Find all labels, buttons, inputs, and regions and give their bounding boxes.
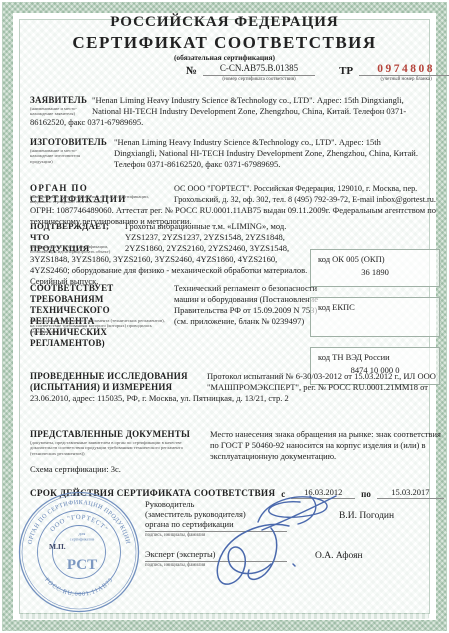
documents-label: ПРЕДСТАВЛЕННЫЕ ДОКУМЕНТЫ	[30, 429, 210, 440]
compliance-caption: (наименование технического регламента (т…	[30, 318, 168, 334]
section-applicant: ЗАЯВИТЕЛЬ (наименование и место- нахожде…	[30, 95, 418, 128]
section-research: ПРОВЕДЕННЫЕ ИССЛЕДОВАНИЯ (ИСПЫТАНИЯ) И И…	[30, 371, 442, 404]
country-heading: РОССИЙСКАЯ ФЕДЕРАЦИЯ	[0, 14, 449, 31]
product-caption: (информация об объекте сертификации, поз…	[30, 244, 122, 255]
blank-number: 0974808	[359, 63, 449, 76]
code-okp-value: 36 1890	[311, 264, 439, 281]
applicant-caption: (наименование и место- нахождение заявит…	[30, 106, 88, 117]
section-compliance: СООТВЕТСТВУЕТ ТРЕБОВАНИЯМ ТЕХНИЧЕСКОГО Р…	[30, 283, 318, 327]
validity-to-date: 15.03.2017	[377, 487, 444, 499]
stamp-inner-text-2: сертификатов	[70, 537, 94, 542]
expert-name: О.А. Афоян	[315, 551, 363, 561]
code-tnved-label: код ТН ВЭД России	[311, 348, 439, 362]
research-label: ПРОВЕДЕННЫЕ ИССЛЕДОВАНИЯ (ИСПЫТАНИЯ) И И…	[30, 371, 207, 393]
number-sign: №	[186, 65, 197, 77]
expert-signature	[205, 518, 317, 592]
certificate-number-caption: (номер сертификата соответствия)	[203, 77, 315, 82]
number-row: № C-CN.АВ75.В.01385 (номер сертификата с…	[186, 63, 449, 82]
blank-number-caption: (учетный номер бланка)	[359, 77, 449, 82]
bottom-microtext-strip	[20, 613, 429, 619]
code-okp-label: код ОК 005 (ОКП)	[311, 250, 439, 264]
section-product: ПОДТВЕРЖДАЕТ, ЧТО ПРОДУКЦИЯ (информация …	[30, 221, 312, 287]
stamp-ring-bottom-text: РОСС.RU.0001.11АВ75	[43, 576, 114, 598]
certificate-subtitle: (обязательная сертификация)	[0, 53, 449, 62]
certificate-title: СЕРТИФИКАТ СООТВЕТСТВИЯ	[0, 33, 449, 53]
code-ekps-box: код ЕКПС	[310, 297, 440, 337]
blank-number-field: 0974808 (учетный номер бланка)	[359, 63, 449, 82]
manufacturer-label: ИЗГОТОВИТЕЛЬ	[30, 137, 114, 148]
certification-scheme: Схема сертификации: 3с.	[30, 462, 442, 475]
compliance-label: СООТВЕТСТВУЕТ ТРЕБОВАНИЯМ ТЕХНИЧЕСКОГО Р…	[30, 283, 174, 349]
head-name: В.И. Погодин	[339, 511, 394, 521]
research-text-continued: 23.06.2010, адрес: 115035, РФ, г. Москва…	[30, 393, 442, 404]
certificate-number: C-CN.АВ75.В.01385	[203, 63, 315, 76]
manufacturer-caption: (наименование и место- нахождение изгото…	[30, 148, 100, 164]
certification-body-caption: (наименование и местонахождение органа п…	[30, 194, 170, 205]
tr-label: ТР	[339, 65, 353, 77]
code-ekps-label: код ЕКПС	[311, 298, 439, 312]
validity-to-prep: по	[361, 489, 371, 499]
research-label-block: ПРОВЕДЕННЫЕ ИССЛЕДОВАНИЯ (ИСПЫТАНИЯ) И И…	[30, 371, 207, 393]
section-manufacturer: ИЗГОТОВИТЕЛЬ (наименование и место- нахо…	[30, 137, 418, 170]
code-okp-box: код ОК 005 (ОКП) 36 1890	[310, 249, 440, 287]
documents-caption: (документы, представленные заявителем в …	[30, 440, 200, 456]
rst-logo-icon: РСТ	[67, 557, 97, 573]
section-documents: ПРЕДСТАВЛЕННЫЕ ДОКУМЕНТЫ (документы, пре…	[30, 429, 442, 475]
certificate-page: РОССИЙСКАЯ ФЕДЕРАЦИЯ СЕРТИФИКАТ СООТВЕТС…	[0, 0, 449, 633]
certification-body-stamp: ОРГАН ПО СЕРТИФИКАЦИИ ПРОДУКЦИИ РОСС.RU.…	[16, 489, 142, 615]
stamp-inner-text-1: для	[79, 531, 87, 536]
certificate-number-field: C-CN.АВ75.В.01385 (номер сертификата соо…	[203, 63, 315, 82]
stamp-place-mark: М.П.	[49, 542, 66, 551]
applicant-label: ЗАЯВИТЕЛЬ	[30, 95, 92, 106]
